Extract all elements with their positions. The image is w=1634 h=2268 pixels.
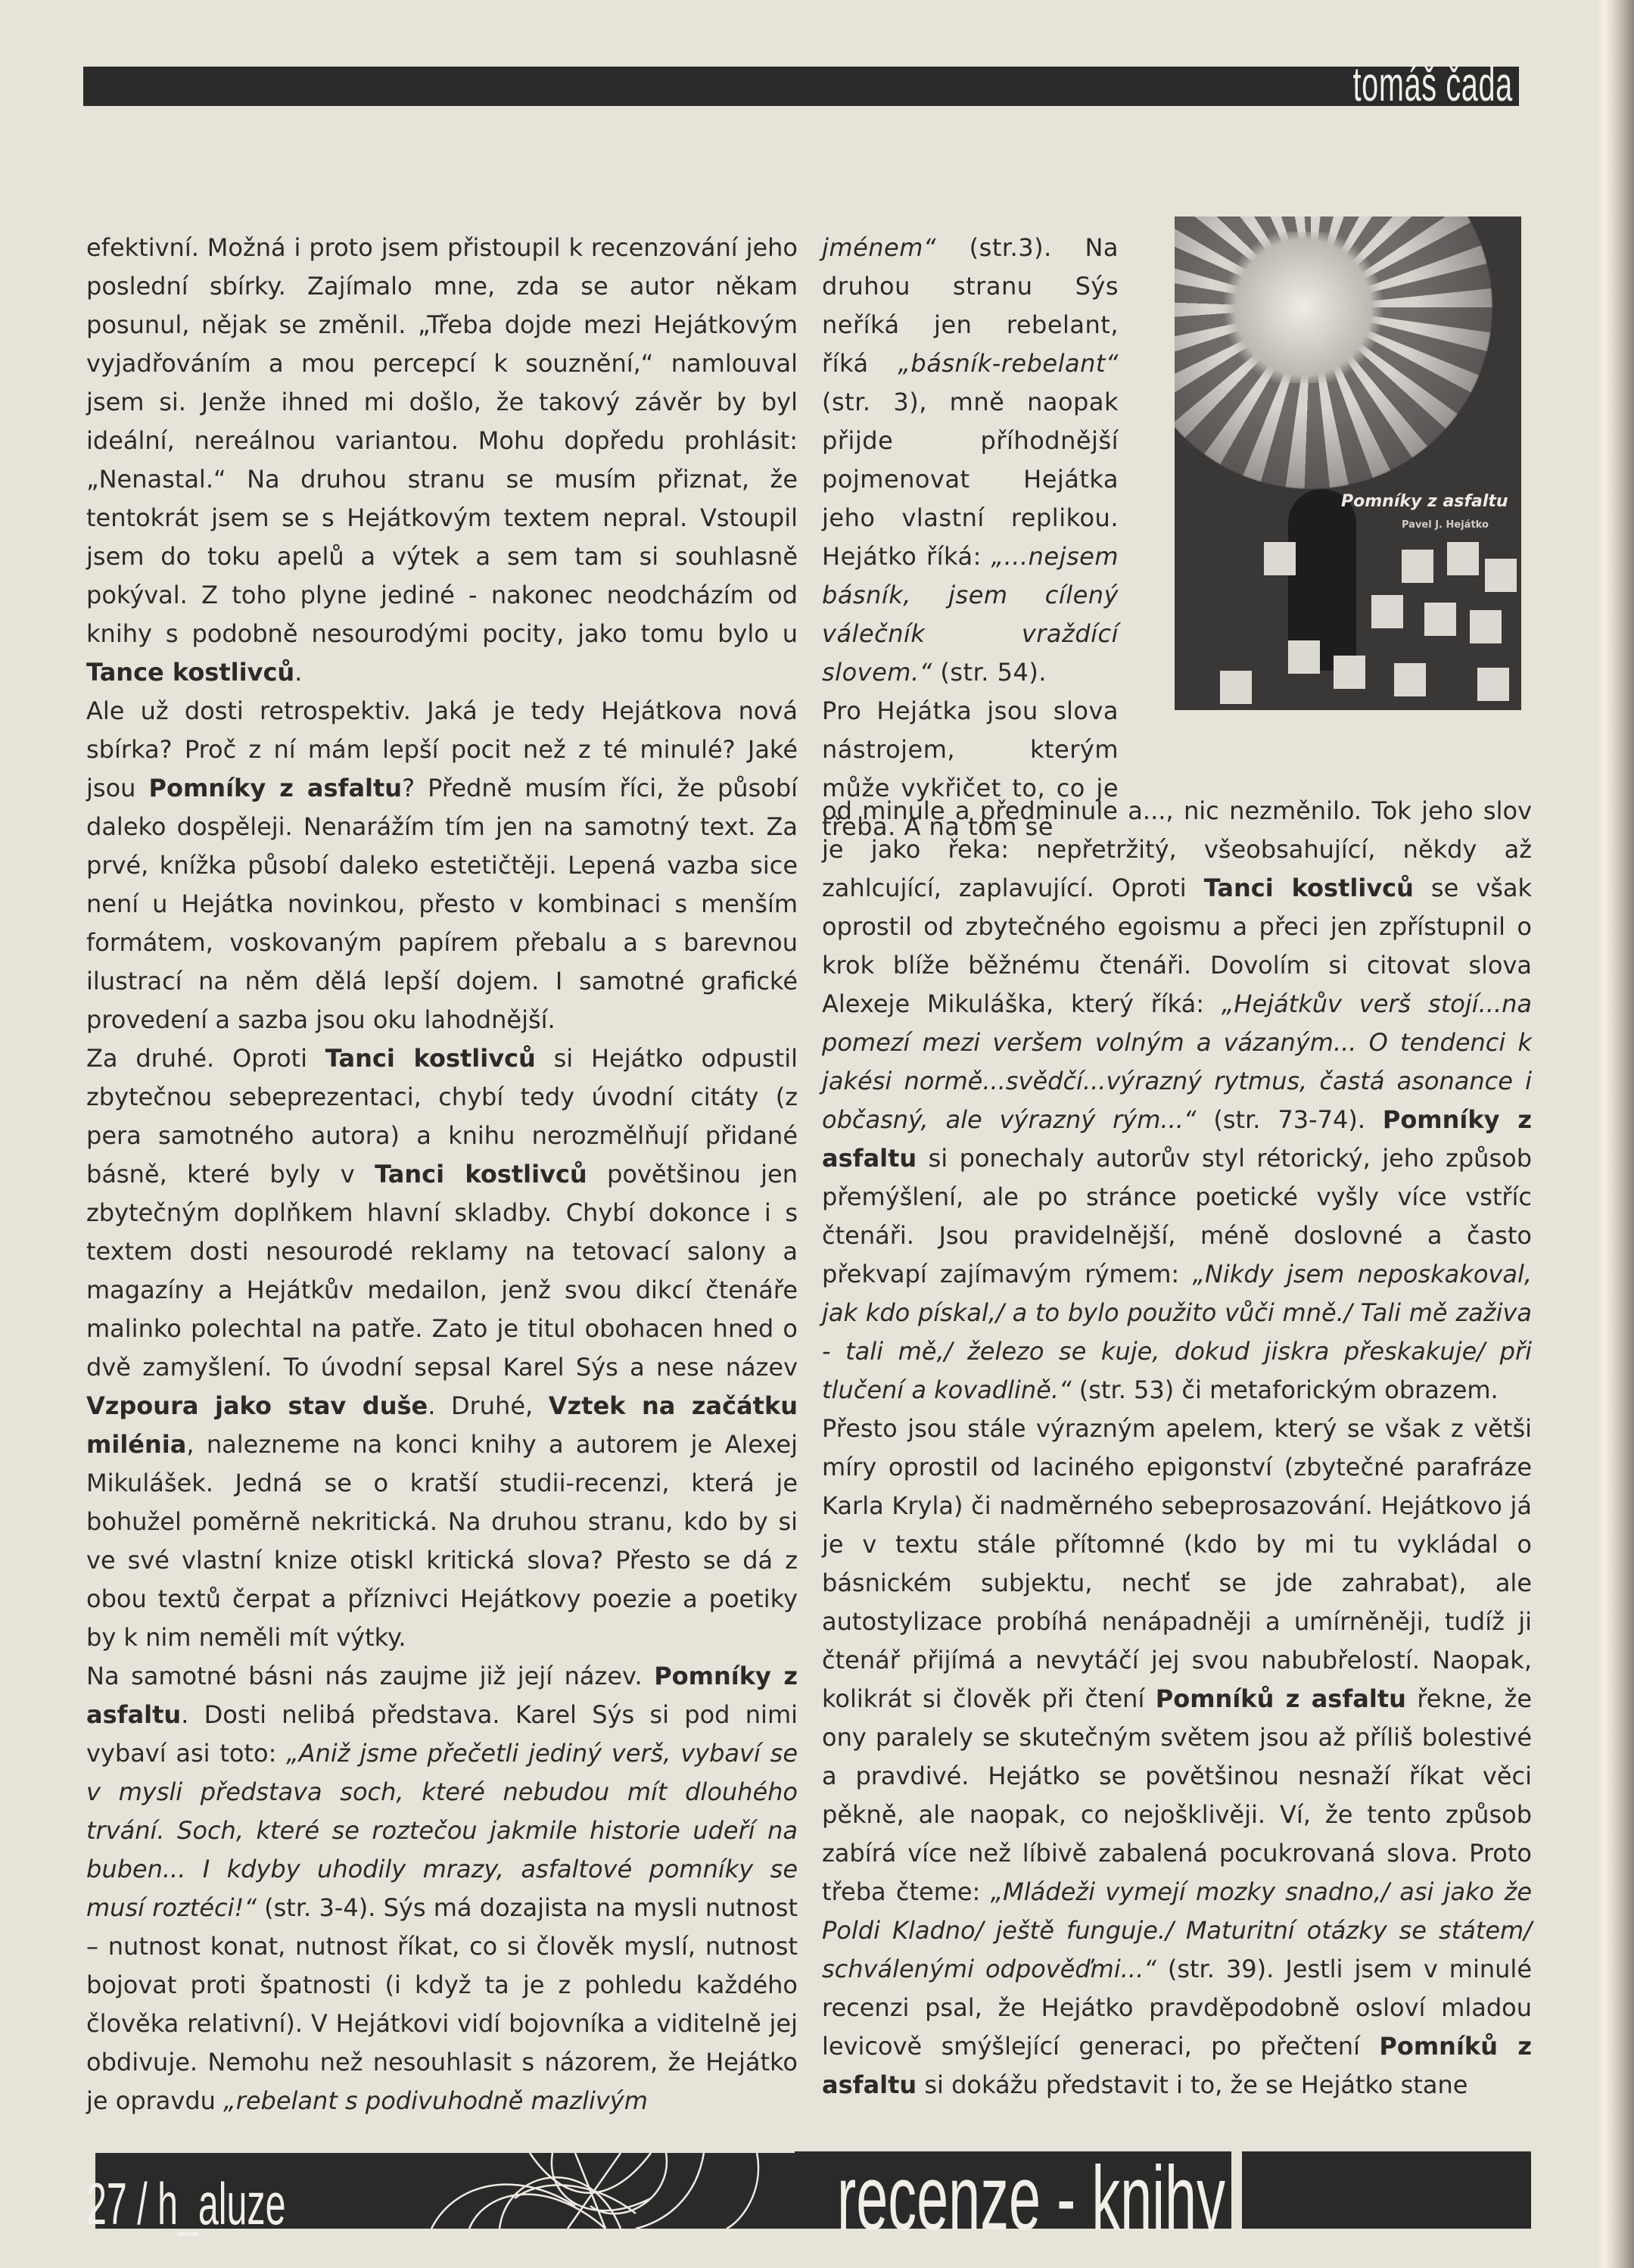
book-title: Tance kostlivců [86, 658, 294, 687]
right-column-wide: od minule a předminule a..., nic nezměni… [822, 792, 1532, 2104]
book-title: Tanci kostlivců [325, 1044, 536, 1073]
protest-sign [1477, 668, 1509, 701]
paragraph: Ale už dosti retrospektiv. Jaká je tedy … [86, 692, 798, 1039]
page-number-label: 27 / h_aluze [86, 2179, 286, 2229]
paragraph: jménem“ (str.3). Na druhou stranu Sýs ne… [822, 229, 1119, 692]
protest-sign [1394, 663, 1426, 696]
protest-sign [1402, 550, 1433, 583]
header-bar [83, 67, 1519, 106]
essay-title: Vzpoura jako stav duše [86, 1391, 428, 1420]
paragraph: Na samotné básni nás zaujme již její náz… [86, 1657, 798, 2120]
sun-graphic [1220, 232, 1387, 383]
quotation: „básník-rebelant“ [898, 349, 1119, 378]
quotation: „rebelant s podivuhodně mazlivým [223, 2086, 648, 2115]
protest-sign [1371, 595, 1403, 628]
book-title: Tanci kostlivců [1204, 874, 1414, 902]
left-column: efektivní. Možná i proto jsem přistoupil… [86, 229, 798, 2120]
protest-sign [1470, 610, 1502, 643]
protest-sign [1220, 671, 1252, 704]
article-author: tomáš čada [1353, 61, 1513, 107]
protest-sign [1485, 559, 1517, 592]
protest-sign [1334, 656, 1365, 689]
book-cover-image: Pomníky z asfaltu Pavel J. Hejátko [1175, 217, 1521, 710]
swirl-decoration-icon [424, 2153, 817, 2229]
quotation: jménem“ [822, 233, 936, 262]
bar-gap [1231, 2151, 1242, 2229]
paragraph: Za druhé. Oproti Tanci kostlivců si Hejá… [86, 1039, 798, 1657]
page-binding-edge [1598, 0, 1634, 2268]
paragraph: Přesto jsou stále výrazným apelem, který… [822, 1410, 1532, 2104]
book-title: Tanci kostlivců [375, 1160, 587, 1189]
protest-sign [1447, 542, 1479, 575]
paragraph: efektivní. Možná i proto jsem přistoupil… [86, 229, 798, 692]
book-title: Pomníků z asfaltu [1156, 1684, 1406, 1713]
protest-sign [1264, 542, 1296, 575]
cover-title: Pomníky z asfaltu [1341, 492, 1508, 511]
book-title: Pomníky z asfaltu [149, 774, 403, 802]
cover-author: Pavel J. Hejátko [1402, 519, 1489, 531]
protest-sign [1288, 640, 1320, 674]
paragraph: od minule a předminule a..., nic nezměni… [822, 792, 1532, 1410]
right-column-narrow: jménem“ (str.3). Na druhou stranu Sýs ne… [822, 229, 1119, 846]
section-label: recenze - knihy [837, 2164, 1225, 2232]
protest-sign [1424, 603, 1456, 636]
